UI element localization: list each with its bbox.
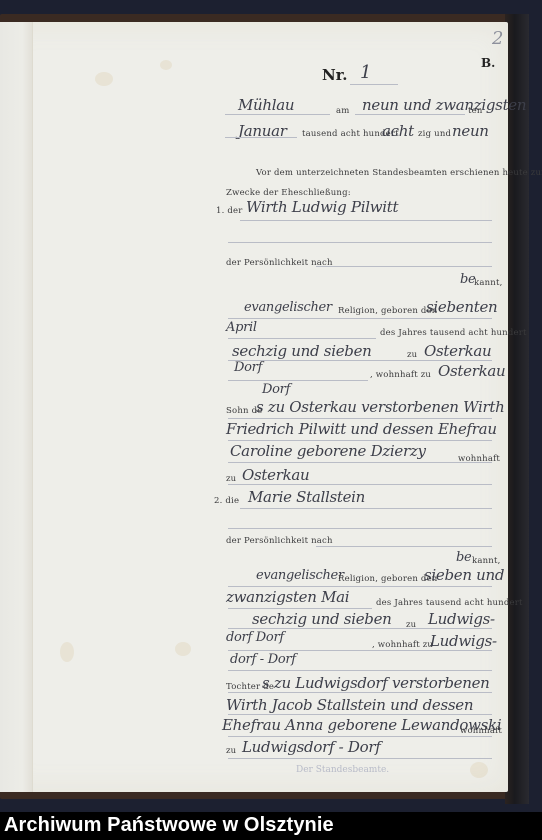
bride-residence: Ludwigs- xyxy=(430,632,497,650)
rule xyxy=(228,440,492,441)
rule xyxy=(228,242,492,243)
ten-suffix: ten xyxy=(468,106,483,116)
bride-birth-place: Ludwigs- xyxy=(428,610,495,628)
groom-residence-cont: Dorf xyxy=(262,382,290,397)
bride-residence-label: , wohnhaft zu xyxy=(372,640,433,650)
rule xyxy=(228,484,492,485)
am-label: am xyxy=(336,106,350,116)
groom-birth-place-cont: Dorf xyxy=(234,360,262,375)
rule xyxy=(228,360,492,361)
place-value: Mühlau xyxy=(238,96,294,114)
rule xyxy=(228,528,492,529)
bride-birth-year: sechzig und sieben xyxy=(252,610,392,628)
groom-parents-zu-label: zu xyxy=(226,474,236,484)
bride-birth-place-cont: dorf Dorf xyxy=(226,630,284,645)
rule xyxy=(355,114,465,115)
bride-residence-cont: dorf - Dorf xyxy=(230,652,296,667)
rule xyxy=(240,508,492,509)
intro-line-1: Vor dem unterzeichneten Standesbeamten e… xyxy=(256,168,542,178)
groom-name: Wirth Ludwig Pilwitt xyxy=(246,198,398,216)
groom-religion-label: Religion, geboren den xyxy=(338,306,437,316)
rule xyxy=(228,692,492,693)
paper-stain xyxy=(95,72,113,86)
rule xyxy=(225,137,297,138)
rule xyxy=(228,758,492,759)
rule xyxy=(350,84,398,85)
groom-birth-month: April xyxy=(226,320,257,335)
paper-stain xyxy=(60,642,74,662)
paper-stain xyxy=(160,60,172,70)
groom-residence: Osterkau xyxy=(438,362,505,380)
rule xyxy=(316,266,492,267)
rule xyxy=(228,318,492,319)
groom-known-suffix: kannt, xyxy=(474,278,503,288)
bride-religion: evangelischer xyxy=(256,568,344,583)
rule xyxy=(228,714,492,715)
page-gutter xyxy=(0,22,33,792)
record-number: 1 xyxy=(360,62,371,83)
bride-index: 2. die xyxy=(214,496,239,506)
bride-parents-line-2: Wirth Jacob Stallstein und dessen xyxy=(226,696,473,714)
bride-parents-zu-label: zu xyxy=(226,746,236,756)
intro-line-2: Zwecke der Eheschließung: xyxy=(226,188,351,198)
groom-index: 1. der xyxy=(216,206,243,216)
bride-year-label: des Jahres tausend acht hundert xyxy=(376,598,523,608)
groom-parents-line-1: s zu Osterkau verstorbenen Wirth xyxy=(256,398,504,416)
groom-religion: evangelischer xyxy=(244,300,332,315)
rule xyxy=(228,736,492,737)
record-label: Nr. xyxy=(322,66,347,84)
bride-known-suffix: kannt, xyxy=(472,556,501,566)
paper-stain xyxy=(470,762,488,778)
archive-name: Archiwum Państwowe w Olsztynie xyxy=(4,814,334,837)
groom-parents-line-2: Friedrich Pilwitt und dessen Ehefrau xyxy=(226,420,497,438)
bride-parents-residence: Ludwigsdorf - Dorf xyxy=(242,738,381,756)
rule xyxy=(240,220,492,221)
bride-parents-line-1: s zu Ludwigsdorf verstorbenen xyxy=(262,674,490,692)
bride-parents-residence-label: wohnhaft xyxy=(460,726,502,736)
decade-value: acht xyxy=(382,122,414,140)
groom-parents-residence: Osterkau xyxy=(242,466,309,484)
rule xyxy=(228,380,368,381)
book-cover-right xyxy=(505,14,529,804)
groom-birth-place: Osterkau xyxy=(424,342,491,360)
form-letter: B. xyxy=(481,56,495,70)
groom-zu-label: zu xyxy=(407,350,417,360)
rule xyxy=(228,628,492,629)
groom-year-label: des Jahres tausend acht hundert xyxy=(380,328,527,338)
bride-personality-label: der Persönlichkeit nach xyxy=(226,536,333,546)
rule xyxy=(228,608,372,609)
rule xyxy=(228,586,492,587)
groom-birth-day: siebenten xyxy=(426,298,497,316)
groom-birth-year: sechzig und sieben xyxy=(232,342,372,360)
bride-name: Marie Stallstein xyxy=(248,488,365,506)
page-number: 2 xyxy=(492,28,503,49)
rule xyxy=(228,670,492,671)
rule xyxy=(228,418,492,419)
paper-stain xyxy=(175,642,191,656)
rule xyxy=(228,338,376,339)
bride-religion-label: Religion, geboren den xyxy=(338,574,437,584)
groom-parents-line-3: Caroline geborene Dzierzy xyxy=(230,442,426,460)
rule xyxy=(228,650,492,651)
groom-residence-label: , wohnhaft zu xyxy=(370,370,431,380)
register-page: 2 B. Nr. 1 Mühlau am neun und zwanzigste… xyxy=(0,22,508,792)
archive-footer-banner: Archiwum Państwowe w Olsztynie xyxy=(0,812,542,840)
bride-known-prefix: be xyxy=(456,550,471,565)
scan-background: 2 B. Nr. 1 Mühlau am neun und zwanzigste… xyxy=(0,0,542,812)
faint-bleedthrough-stamp: Der Standesbeamte. xyxy=(296,765,389,775)
bride-birth-day-cont: zwanzigsten Mai xyxy=(226,588,349,606)
rule xyxy=(225,114,330,115)
day-value: neun und zwanzigsten xyxy=(362,96,526,114)
rule xyxy=(228,462,492,463)
rule xyxy=(316,546,492,547)
zig-und-label: zig und xyxy=(418,129,451,139)
year-unit-value: neun xyxy=(452,122,489,140)
bride-birth-day: sieben und xyxy=(424,566,504,584)
